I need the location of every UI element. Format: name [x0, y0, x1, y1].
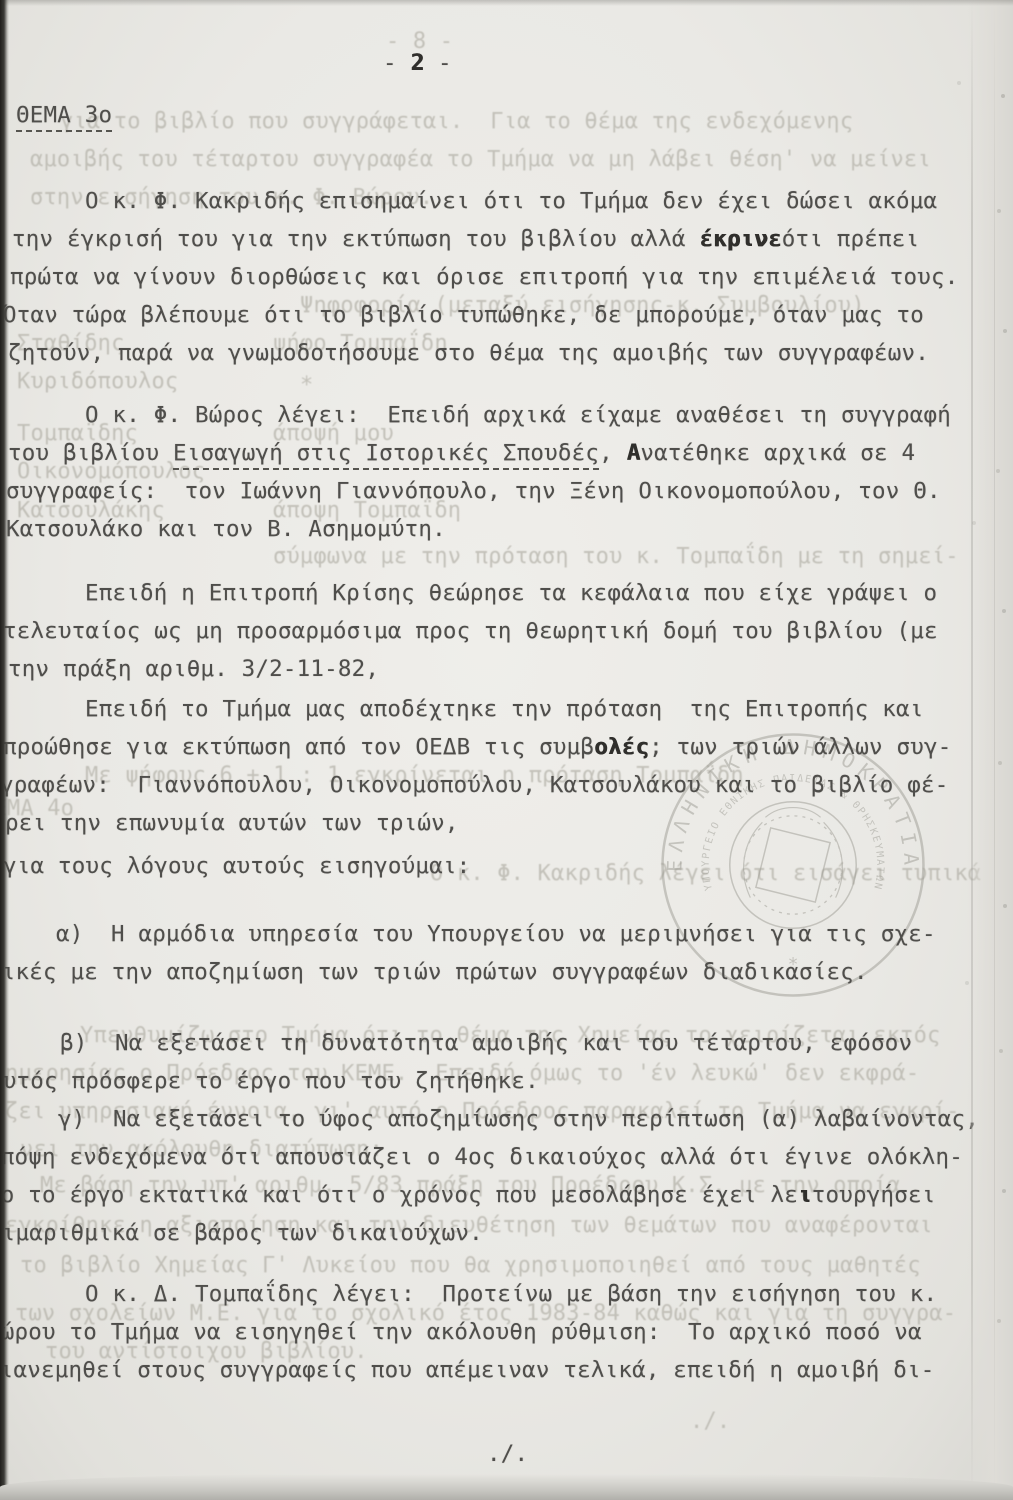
doc-line: β) Να εξετάσει τη δυνατότητα αμοιβής και…: [60, 1030, 912, 1057]
doc-line: Επειδή η Επιτροπή Κρίσης θεώρησε τα κεφά…: [85, 580, 937, 607]
text-segment: Α: [627, 440, 641, 466]
end-mark: ./.: [487, 1441, 528, 1468]
scan-left-edge: [0, 0, 9, 1500]
doc-line: Ο κ. Δ. Τομπαΐδης λέγει: Προτείνω με βάσ…: [85, 1281, 937, 1308]
topic-heading: ΘΕΜΑ 3ο: [16, 102, 112, 129]
doc-line: για τους λόγους αυτούς εισηγούμαι:: [3, 853, 470, 880]
doc-line: συγγραφείς: τον Ιωάννη Γιαννόπουλο, την …: [6, 478, 941, 505]
text-segment: Εισαγωγή στις Ιστορικές Σπουδές: [173, 440, 599, 470]
doc-line: Ο κ. Φ. Κακριδής επισημαίνει ότι το Τμήμ…: [85, 188, 937, 215]
doc-line: του βιβλίου Εισαγωγή στις Ιστορικές Σπου…: [8, 440, 915, 467]
doc-line: Βώρου το Τμήμα να εισηγηθεί την ακόλουθη…: [0, 1319, 922, 1346]
doc-line: ρει την επωνυμία αυτών των τριών,: [5, 810, 459, 837]
doc-line: γραφέων: Γιαννόπουλου, Οικονομοπούλου, Κ…: [0, 772, 948, 799]
doc-line: υπόψη ενδεχόμενα ότι απουσιάζει ο 4ος δι…: [0, 1144, 963, 1171]
doc-line: α) Η αρμόδια υπηρεσία του Υπουργείου να …: [56, 921, 936, 948]
page-number: - 2 -: [383, 50, 452, 77]
text-segment: 2: [411, 50, 425, 76]
paper-crease: [994, 0, 995, 1500]
text-segment: ολές: [594, 734, 649, 760]
scan-bottom-edge: [0, 1474, 1013, 1500]
doc-line: Επειδή το Τμήμα μας αποδέχτηκε την πρότα…: [85, 696, 924, 723]
doc-line: τικές με την αποζημίωση των τριών πρώτων…: [0, 959, 868, 986]
paper-crease: [971, 0, 973, 1500]
doc-line: Ο κ. Φ. Βώρος λέγει: Επειδή αρχικά είχαμ…: [85, 402, 951, 429]
doc-line: προώθησε για εκτύπωση από τον ΟΕΔΒ τις σ…: [3, 734, 952, 761]
scan-top-edge: [0, 0, 1013, 6]
doc-line: ρο το έργο εκτατικά και ότι ο χρόνος που…: [0, 1182, 936, 1209]
doc-line: γ) Να εξετάσει το ύφος αποζημίωσης στην …: [58, 1106, 979, 1133]
doc-line: πρώτα να γίνουν διορθώσεις και όρισε επι…: [10, 264, 958, 291]
text-segment: έκρινε: [699, 226, 781, 252]
text-segment: ΘΕΜΑ 3ο: [16, 102, 112, 132]
doc-line: την έγκρισή του για την εκτύπωση του βιβ…: [12, 226, 919, 253]
doc-line: τιμαριθμικά σε βάρος των δικαιούχων.: [0, 1220, 483, 1247]
text-segment: ι: [798, 1182, 812, 1208]
doc-line: διανεμηθεί στους συγγραφείς που απέμεινα…: [0, 1357, 934, 1384]
doc-line: αυτός πρόσφερε το έργο που του ζητήθηκε.: [0, 1068, 539, 1095]
typewritten-text-layer: - 2 -ΘΕΜΑ 3οΟ κ. Φ. Κακριδής επισημαίνει…: [0, 0, 1013, 1500]
doc-line: ζητούν, παρά να γνωμοδοτήσουμε στο θέμα …: [8, 340, 929, 367]
document-page: - 8 -για το βιβλίο που συγγράφεται. Για …: [0, 0, 1013, 1500]
doc-line: την πράξη αριθμ. 3/2-11-82,: [8, 656, 379, 683]
doc-line: Όταν τώρα βλέπουμε ότι το βιβλίο τυπώθηκ…: [3, 302, 924, 329]
doc-line: Κατσουλάκο και τον Β. Ασημομύτη.: [6, 516, 446, 543]
doc-line: τελευταίος ως μη προσαρμόσιμα προς τη θε…: [3, 618, 938, 645]
scan-right-edge: [967, 0, 1013, 1500]
